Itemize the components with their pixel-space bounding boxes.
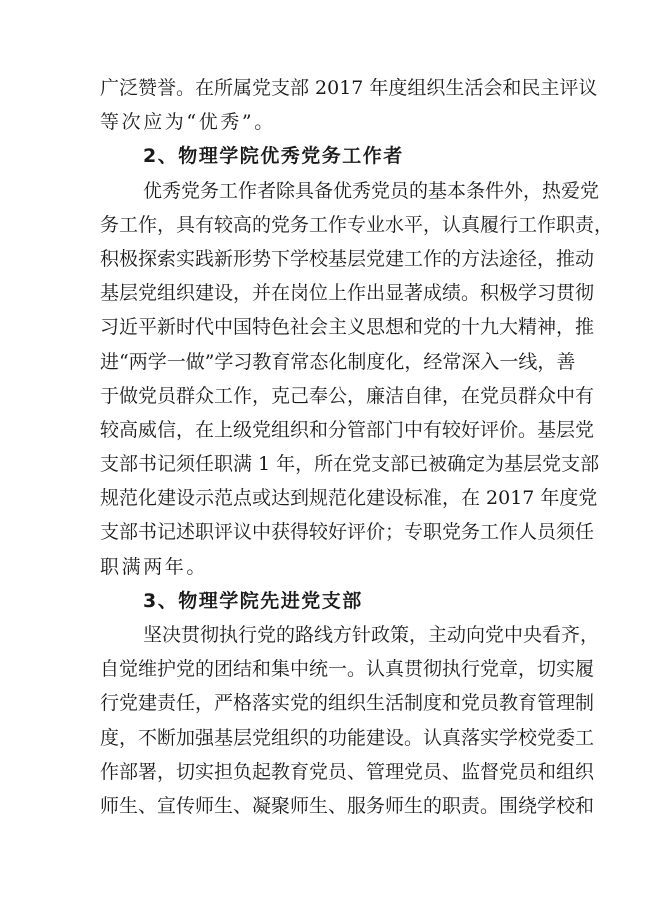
text-line: 支部书记须任职满 1 年，所在党支部已被确定为基层党支部 [100, 447, 560, 481]
text-line: 支部书记述职评议中获得较好评价；专职党务工作人员须任 [100, 515, 560, 549]
text-line: 规范化建设示范点或达到规范化建设标准，在 2017 年度党 [100, 481, 560, 515]
text-line: 较高威信，在上级党组织和分管部门中有较好评价。基层党 [100, 413, 560, 447]
document-page: 广泛赞誉。在所属党支部 2017 年度组织生活会和民主评议 等次应为“优秀”。 … [100, 71, 560, 823]
text-line: 广泛赞誉。在所属党支部 2017 年度组织生活会和民主评议 [100, 71, 560, 105]
text-line: 职满两年。 [100, 550, 560, 584]
text-line: 积极探索实践新形势下学校基层党建工作的方法途径，推动 [100, 242, 560, 276]
text-line: 等次应为“优秀”。 [100, 105, 560, 139]
text-line: 行党建责任，严格落实党的组织生活制度和党员教育管理制 [100, 686, 560, 720]
text-line: 坚决贯彻执行党的路线方针政策，主动向党中央看齐， [100, 618, 560, 652]
text-line: 进“两学一做”学习教育常态化制度化，经常深入一线，善 [100, 345, 560, 379]
section-heading-2: 2、物理学院优秀党务工作者 [100, 139, 560, 173]
text-line: 务工作，具有较高的党务工作专业水平，认真履行工作职责， [100, 208, 560, 242]
text-line: 于做党员群众工作，克己奉公，廉洁自律，在党员群众中有 [100, 379, 560, 413]
text-line: 优秀党务工作者除具备优秀党员的基本条件外，热爱党 [100, 174, 560, 208]
text-line: 基层党组织建设，并在岗位上作出显著成绩。积极学习贯彻 [100, 276, 560, 310]
text-line: 度，不断加强基层党组织的功能建设。认真落实学校党委工 [100, 721, 560, 755]
text-line: 自觉维护党的团结和集中统一。认真贯彻执行党章，切实履 [100, 652, 560, 686]
text-line: 师生、宣传师生、凝聚师生、服务师生的职责。围绕学校和 [100, 789, 560, 823]
text-line: 作部署，切实担负起教育党员、管理党员、监督党员和组织 [100, 755, 560, 789]
section-heading-3: 3、物理学院先进党支部 [100, 584, 560, 618]
text-line: 习近平新时代中国特色社会主义思想和党的十九大精神，推 [100, 310, 560, 344]
